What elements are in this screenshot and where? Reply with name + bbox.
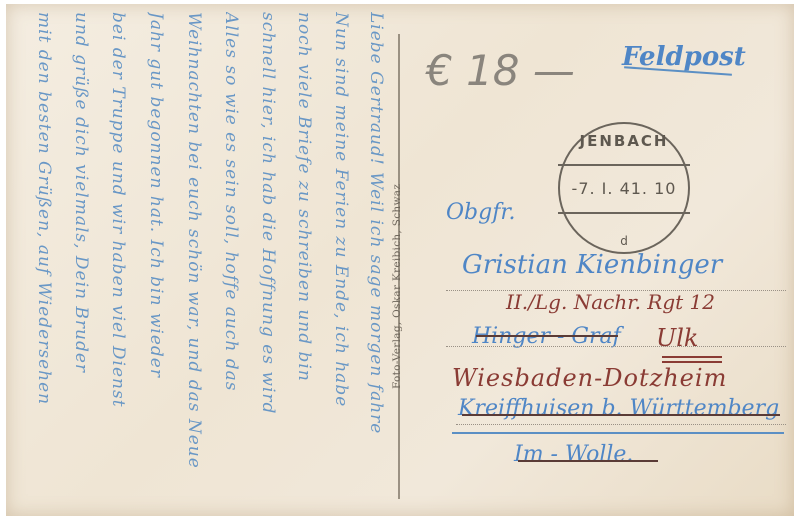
message-line: bei der Truppe und wir haben viel Dienst <box>108 12 128 408</box>
address-ulk-mark: Ulk <box>656 324 698 352</box>
pencil-price-note: € 18 — <box>426 46 575 95</box>
message-line: Weihnachten bei euch schön war, und das … <box>184 12 204 469</box>
postmark-letter: d <box>560 234 688 248</box>
postmark-band <box>558 164 690 166</box>
ulk-underline <box>662 361 722 363</box>
message-line: noch viele Briefe zu schreiben und bin <box>294 12 314 382</box>
blue-rule <box>452 432 784 434</box>
postmark-stamp: JENBACH -7. I. 41. 10 d <box>558 122 690 254</box>
message-line: Nun sind meine Ferien zu Ende, ich habe <box>331 12 351 407</box>
address-unit-redirect: II./Lg. Nachr. Rgt 12 <box>506 290 715 314</box>
postmark-band <box>558 212 690 214</box>
address-struck-line-2: Kreiffhuisen b. Württemberg <box>458 396 779 421</box>
strikethrough <box>518 460 658 462</box>
handwritten-message: Liebe Gertraud! Weil ich sage morgen fah… <box>16 12 386 512</box>
postmark-town: JENBACH <box>560 132 688 150</box>
ulk-underline <box>662 356 722 358</box>
message-line: mit den besten Grüßen, auf Wiedersehen <box>34 12 54 405</box>
address-line <box>456 424 786 425</box>
message-line: Alles so wie es sein soll, hoffe auch da… <box>221 12 241 392</box>
postmark-date: -7. I. 41. 10 <box>560 179 688 198</box>
address-rank: Obgfr. <box>446 200 515 225</box>
message-line: und grüße dich vielmals, Dein Bruder <box>71 12 91 373</box>
address-name: Gristian Kienbinger <box>462 250 722 280</box>
message-line: schnell hier, ich hab die Hoffnung es wi… <box>258 12 278 414</box>
address-line <box>446 346 786 347</box>
address-struck-line-3: Im - Wolle. <box>514 442 633 467</box>
message-line: Jahr gut begonnen hat. Ich bin wieder <box>146 12 166 378</box>
address-city: Wiesbaden-Dotzheim <box>452 364 727 392</box>
message-line: Liebe Gertraud! Weil ich sage morgen fah… <box>366 12 386 434</box>
postcard-back: Liebe Gertraud! Weil ich sage morgen fah… <box>6 4 794 516</box>
publisher-imprint: Foto-Verlag, Oskar Kreibich, Schwaz <box>391 184 403 389</box>
strikethrough <box>462 414 780 416</box>
strikethrough <box>476 335 618 337</box>
